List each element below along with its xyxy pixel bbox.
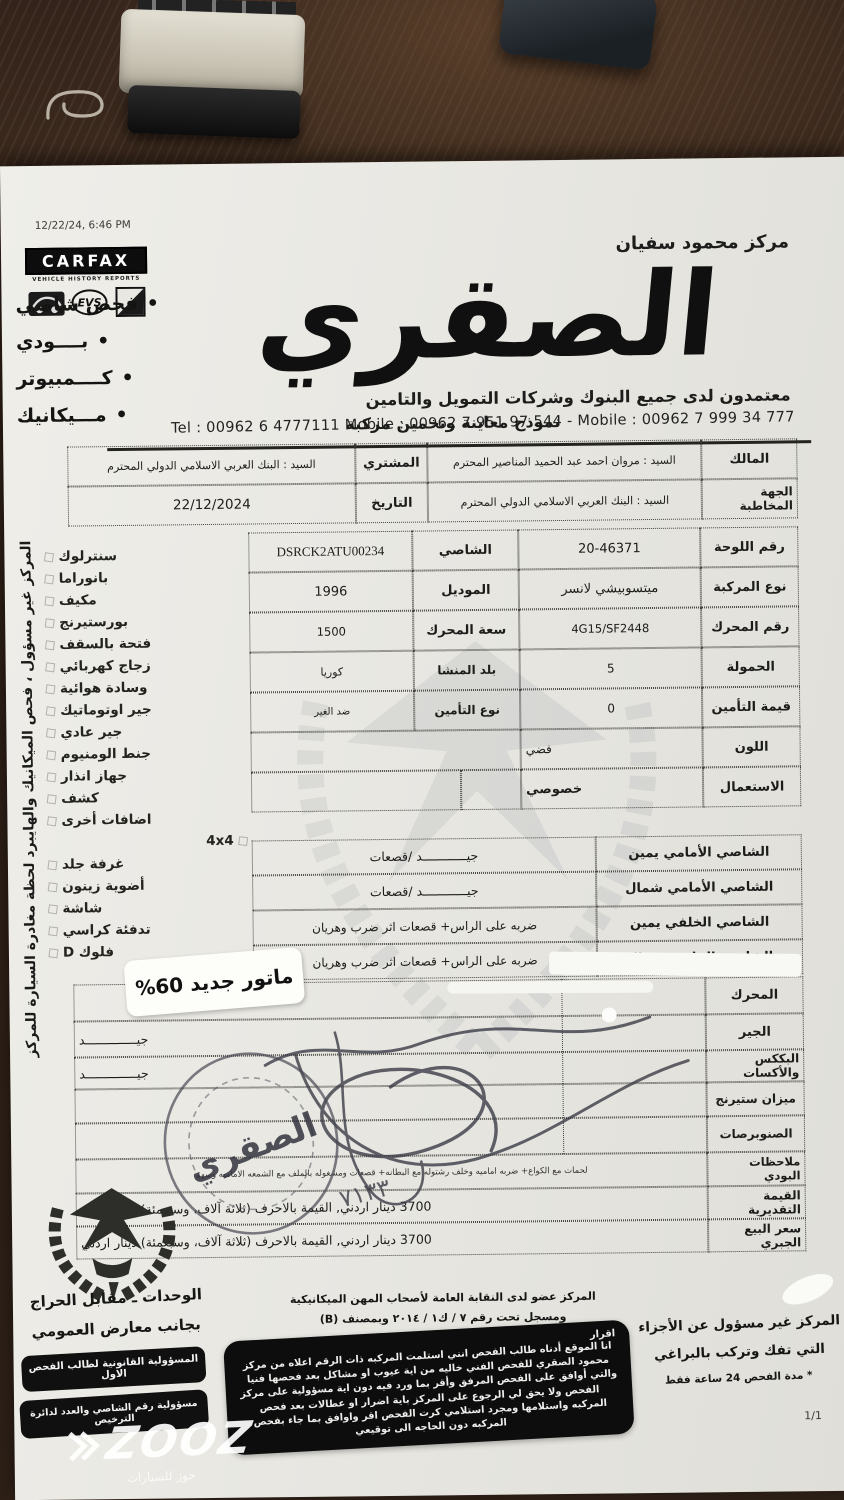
print-timestamp: 12/22/24, 6:46 PM: [35, 219, 131, 232]
checkbox-icon: [48, 904, 58, 914]
option-other-additions: اضافات أخرى: [47, 808, 247, 832]
load-value: 5: [520, 647, 702, 689]
axles-row-label: البككس والأكسات: [706, 1049, 804, 1082]
empty-subcell: [461, 769, 521, 810]
usage-label: الاستعمال: [703, 766, 801, 807]
option-alarm: جهاز انذار: [47, 764, 247, 788]
legal-responsibility-box: المسؤولية القانونية لطالب الفحص الاول: [21, 1346, 207, 1392]
checkbox-icon: [45, 640, 55, 650]
accreditation-line: معتمدون لدى جميع البنوك وشركات التمويل و…: [365, 385, 790, 409]
option-xenon: أضوية زينون: [48, 874, 248, 898]
zooz-watermark: ZOOZ حوز للسيارات: [65, 1412, 255, 1488]
insurance-value-value: 0: [520, 687, 702, 729]
service-item-computer: •كــــمبيوتر: [16, 367, 134, 390]
option-leather: غرفة جلد: [48, 852, 248, 876]
option-powerwindows: زجاج كهربائي: [46, 654, 246, 678]
option-alloywheels: جنط الومنيوم: [47, 742, 247, 766]
side-disclaimer-vertical: المركز غير مسؤول ، فحص الميكانيك والهايب…: [13, 499, 46, 1099]
checkbox-icon: [46, 728, 56, 738]
bullet-icon: •: [97, 330, 109, 352]
rear-right-chassis-label: الشاصي الخلفي يمين: [596, 904, 802, 941]
model-year-value: 1996: [249, 571, 413, 613]
bullet-icon: •: [115, 404, 127, 426]
plate-value: 20-46371: [518, 527, 700, 569]
service-item-body: •بــــودي: [16, 330, 110, 353]
usage-value: خصوصي: [521, 767, 703, 809]
checkbox-icon: [47, 794, 57, 804]
empty-cell: [251, 770, 461, 812]
option-4x4: 4x4: [48, 830, 248, 854]
forced-sale-label: سعر البيع الجبري: [708, 1218, 806, 1252]
load-label: الحمولة: [702, 646, 800, 687]
whiteout-patch: [549, 952, 801, 977]
rubber-stamp-base: [127, 85, 301, 139]
declaration-box: اقرار انا الموقع أدناه طالب الفحص انني ا…: [223, 1319, 635, 1455]
checkbox-icon: [48, 926, 58, 936]
insurance-type-value: ضد الغير: [250, 691, 414, 733]
option-panorama: بانوراما: [45, 566, 245, 590]
vehicle-type-value: ميتسوبيشي لانسر: [519, 567, 701, 609]
front-right-chassis-label: الشاصي الأمامي يمين: [596, 834, 802, 871]
checkbox-icon: [44, 596, 54, 606]
engine-cc-value: 1500: [249, 611, 413, 653]
option-centrallock: سنترلوك: [44, 544, 244, 568]
rear-left-chassis-value: ضربه على الراس+ قصعات اثر ضرب وهريان: [253, 942, 597, 981]
bullet-icon: •: [147, 293, 159, 315]
addressee-value: السيد : البنك العربي الاسلامي الدولي الم…: [428, 479, 702, 522]
origin-label: بلد المنشا: [414, 649, 520, 690]
owner-label: المالك: [701, 438, 797, 479]
inspection-duration-note: * مدة الفحص 24 ساعة فقط: [644, 1368, 834, 1387]
checkbox-icon: [47, 860, 57, 870]
option-ac: مكيف: [45, 588, 245, 612]
carfax-tagline: VEHICLE HISTORY REPORTS: [25, 276, 147, 283]
engine-cc-label: سعة المحرك: [413, 609, 519, 650]
checkbox-icon: [45, 662, 55, 672]
option-autogear: جير اوتوماتيك: [46, 698, 246, 722]
white-oval-sticker: [778, 1268, 837, 1311]
front-left-chassis-label: الشاصي الأمامي شمال: [596, 869, 802, 906]
pen-signature-scribble: [265, 1017, 690, 1206]
page-number: 1/1: [804, 1409, 822, 1422]
checkbox-icon: [46, 706, 56, 716]
vehicle-type-label: نوع المركبة: [701, 566, 799, 607]
checkbox-icon: [47, 816, 57, 826]
stamp-name-text: الصقري: [182, 1105, 322, 1190]
steering-row-label: ميزان ستيرنج: [706, 1081, 804, 1116]
estimated-value-label: القيمة التقديرية: [708, 1185, 806, 1219]
addressee-label: الجهة المخاطبة: [702, 478, 798, 519]
date-value: 22/12/2024: [68, 483, 356, 526]
checkbox-icon: [238, 836, 248, 846]
checkbox-icon: [45, 618, 55, 628]
carfax-logo: CARFAX: [25, 247, 147, 275]
chassis-label: الشاصي: [412, 529, 518, 570]
option-screen: شاشة: [48, 896, 248, 920]
option-sunroof: فتحة بالسقف: [45, 632, 245, 656]
front-left-chassis-value: جيــــــــــــد /قصعات: [252, 872, 596, 911]
location-line2: بجانب معارض العمومي: [21, 1315, 212, 1342]
alsaqri-logotype: الصقري: [175, 241, 801, 394]
handwritten-numbers: ٧١٣٣: [336, 1173, 393, 1213]
color-value: فضي: [520, 727, 702, 769]
engine-row-label: المحرك: [705, 976, 803, 1014]
buyer-value: السيد : البنك العربي الاسلامي الدولي الم…: [67, 443, 355, 486]
double-chevron-icon: [66, 1428, 102, 1464]
option-airbag: وسادة هوائية: [46, 676, 246, 700]
option-manualgear: جير عادي: [46, 720, 246, 744]
eagle-emblem: [39, 1169, 185, 1305]
bullet-icon: •: [121, 367, 133, 389]
insurance-value-label: قيمة التأمين: [702, 686, 800, 727]
model-label: الموديل: [413, 569, 519, 610]
springs-row-label: الصنوبرصات: [707, 1115, 805, 1152]
service-item-mechanic: •مـــيكانيك: [17, 404, 128, 427]
vin-value: DSRCK2ATU00234: [248, 531, 412, 573]
photo-of-inspection-document: { "meta": { "timestamp": "12/22/24, 6:46…: [0, 0, 844, 1500]
body-notes-label: ملاحظات البودي: [707, 1151, 805, 1186]
owner-value: السيد : مروان احمد عبد الحميد المناصير ا…: [427, 439, 701, 482]
checkbox-icon: [46, 772, 56, 782]
origin-value: كوريا: [250, 651, 414, 693]
checkbox-icon: [44, 552, 54, 562]
right-disclaimer-line2: التي تفك وتركب بالبراغي: [629, 1340, 844, 1364]
checkbox-icon: [45, 684, 55, 694]
checkbox-icon: [48, 882, 58, 892]
checkbox-icon: [46, 750, 56, 760]
option-seatheating: تدفئة كراسي: [49, 918, 249, 942]
service-item-chassis-check: •فحص شاصي: [15, 293, 158, 317]
form-title: نموذج معاينة وتخمين مركبة: [253, 411, 653, 435]
checkbox-icon: [44, 574, 54, 584]
inspection-form-paper: 12/22/24, 6:46 PM CARFAX VEHICLE HISTORY…: [0, 157, 844, 1500]
front-right-chassis-value: جيــــــــــــد /قصعات: [252, 837, 596, 876]
right-disclaimer-line1: المركز غير مسؤول عن الأجزاء: [629, 1312, 844, 1336]
engine-no-label: رقم المحرك: [701, 606, 799, 647]
plate-label: رقم اللوحة: [700, 526, 798, 567]
option-kashf: كشف: [47, 786, 247, 810]
membership-line1: المركز عضو لدى النقابة العامة لأصحاب الم…: [263, 1289, 623, 1306]
empty-cell: [250, 729, 520, 772]
paperclip: [42, 82, 120, 130]
date-label: التاريخ: [356, 483, 428, 524]
rear-right-chassis-value: ضربه على الراس+ قصعات اثر ضرب وهريان: [252, 907, 596, 946]
gear-row-label: الجير: [706, 1013, 804, 1050]
buyer-label: المشتري: [355, 443, 427, 484]
insurance-type-label: نوع التأمين: [414, 689, 520, 730]
engine-no-value: 4G15/SF2448: [519, 607, 701, 649]
color-label: اللون: [702, 726, 800, 767]
checkbox-icon: [48, 948, 58, 958]
option-powersteering: بورستيرنج: [45, 610, 245, 634]
zooz-logo-text: ZOOZ: [103, 1412, 256, 1470]
